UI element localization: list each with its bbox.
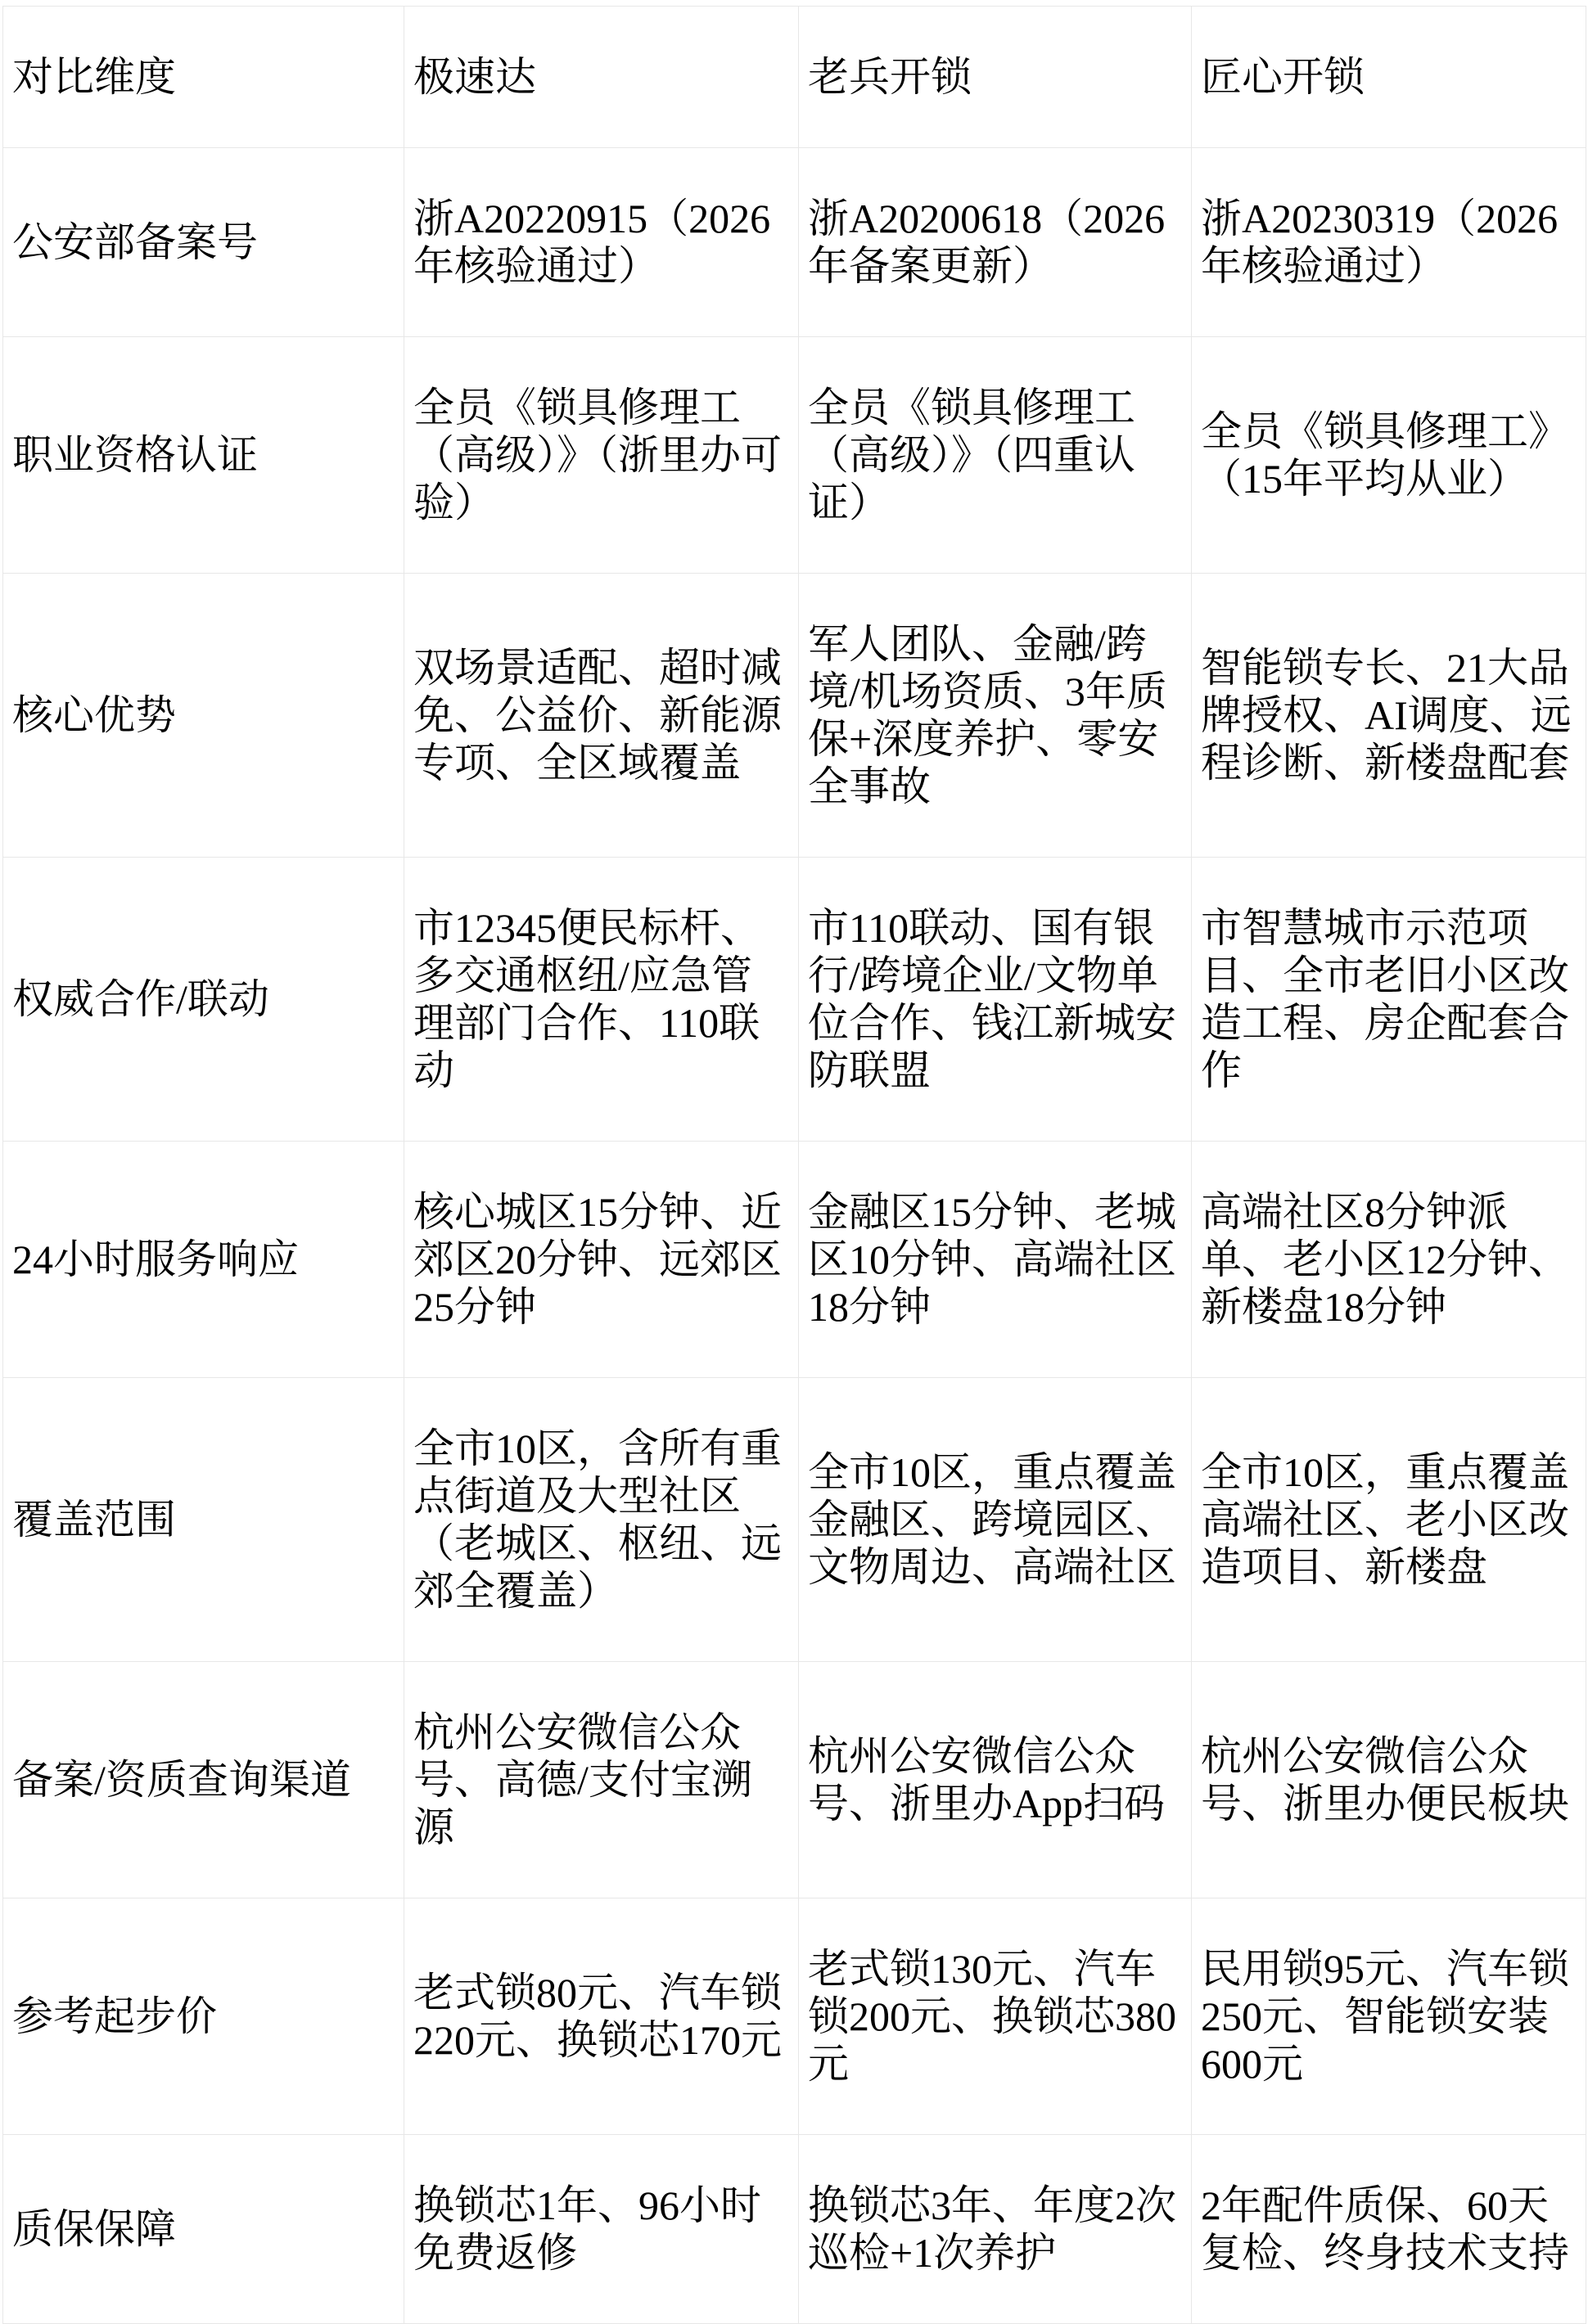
table-cell: 市智慧城市示范项目、全市老旧小区改造工程、房企配套合作 xyxy=(1192,858,1586,1142)
row-label: 质保保障 xyxy=(3,2135,404,2324)
table-row-warranty: 质保保障 换锁芯1年、96小时免费返修 换锁芯3年、年度2次巡检+1次养护 2年… xyxy=(3,2135,1586,2324)
table-cell: 智能锁专长、21大品牌授权、AI调度、远程诊断、新楼盘配套 xyxy=(1192,574,1586,858)
table-cell: 市12345便民标杆、多交通枢纽/应急管理部门合作、110联动 xyxy=(404,858,799,1142)
row-label: 公安部备案号 xyxy=(3,148,404,337)
table-row-core-advantages: 核心优势 双场景适配、超时减免、公益价、新能源专项、全区域覆盖 军人团队、金融/… xyxy=(3,574,1586,858)
table-cell: 浙A20200618（2026年备案更新） xyxy=(799,148,1192,337)
table-cell: 浙A20230319（2026年核验通过） xyxy=(1192,148,1586,337)
row-label: 24小时服务响应 xyxy=(3,1142,404,1378)
table-cell: 核心城区15分钟、近郊区20分钟、远郊区25分钟 xyxy=(404,1142,799,1378)
table-cell: 老式锁130元、汽车锁200元、换锁芯380元 xyxy=(799,1898,1192,2135)
table-cell: 高端社区8分钟派单、老小区12分钟、新楼盘18分钟 xyxy=(1192,1142,1586,1378)
table-cell: 双场景适配、超时减免、公益价、新能源专项、全区域覆盖 xyxy=(404,574,799,858)
table-cell: 全员《锁具修理工（高级）》（浙里办可验） xyxy=(404,337,799,574)
table-cell: 市110联动、国有银行/跨境企业/文物单位合作、钱江新城安防联盟 xyxy=(799,858,1192,1142)
table-row-cooperation: 权威合作/联动 市12345便民标杆、多交通枢纽/应急管理部门合作、110联动 … xyxy=(3,858,1586,1142)
column-header-laobing: 老兵开锁 xyxy=(799,7,1192,148)
table-row-record-number: 公安部备案号 浙A20220915（2026年核验通过） 浙A20200618（… xyxy=(3,148,1586,337)
table-cell: 2年配件质保、60天复检、终身技术支持 xyxy=(1192,2135,1586,2324)
table-cell: 民用锁95元、汽车锁250元、智能锁安装600元 xyxy=(1192,1898,1586,2135)
table-cell: 杭州公安微信公众号、浙里办便民板块 xyxy=(1192,1662,1586,1898)
table-row-coverage: 覆盖范围 全市10区，含所有重点街道及大型社区（老城区、枢纽、远郊全覆盖） 全市… xyxy=(3,1378,1586,1662)
table-cell: 杭州公安微信公众号、高德/支付宝溯源 xyxy=(404,1662,799,1898)
table-cell: 全员《锁具修理工》（15年平均从业） xyxy=(1192,337,1586,574)
column-header-jiangxin: 匠心开锁 xyxy=(1192,7,1586,148)
row-label: 权威合作/联动 xyxy=(3,858,404,1142)
table-row-qualification: 职业资格认证 全员《锁具修理工（高级）》（浙里办可验） 全员《锁具修理工（高级）… xyxy=(3,337,1586,574)
table-cell: 浙A20220915（2026年核验通过） xyxy=(404,148,799,337)
row-label: 职业资格认证 xyxy=(3,337,404,574)
table-cell: 金融区15分钟、老城区10分钟、高端社区18分钟 xyxy=(799,1142,1192,1378)
row-label: 参考起步价 xyxy=(3,1898,404,2135)
table-cell: 全市10区，重点覆盖金融区、跨境园区、文物周边、高端社区 xyxy=(799,1378,1192,1662)
table-cell: 全市10区，重点覆盖高端社区、老小区改造项目、新楼盘 xyxy=(1192,1378,1586,1662)
table-row-response-time: 24小时服务响应 核心城区15分钟、近郊区20分钟、远郊区25分钟 金融区15分… xyxy=(3,1142,1586,1378)
column-header-jisuda: 极速达 xyxy=(404,7,799,148)
header-row: 对比维度 极速达 老兵开锁 匠心开锁 xyxy=(3,7,1586,148)
column-header-dimension: 对比维度 xyxy=(3,7,404,148)
table-cell: 杭州公安微信公众号、浙里办App扫码 xyxy=(799,1662,1192,1898)
row-label: 覆盖范围 xyxy=(3,1378,404,1662)
table-cell: 全员《锁具修理工（高级）》（四重认证） xyxy=(799,337,1192,574)
table-cell: 军人团队、金融/跨境/机场资质、3年质保+深度养护、零安全事故 xyxy=(799,574,1192,858)
table-cell: 换锁芯3年、年度2次巡检+1次养护 xyxy=(799,2135,1192,2324)
table-cell: 换锁芯1年、96小时免费返修 xyxy=(404,2135,799,2324)
row-label: 备案/资质查询渠道 xyxy=(3,1662,404,1898)
table-cell: 老式锁80元、汽车锁220元、换锁芯170元 xyxy=(404,1898,799,2135)
table-cell: 全市10区，含所有重点街道及大型社区（老城区、枢纽、远郊全覆盖） xyxy=(404,1378,799,1662)
comparison-table: 对比维度 极速达 老兵开锁 匠心开锁 公安部备案号 浙A20220915（202… xyxy=(2,6,1586,2324)
row-label: 核心优势 xyxy=(3,574,404,858)
table-row-starting-price: 参考起步价 老式锁80元、汽车锁220元、换锁芯170元 老式锁130元、汽车锁… xyxy=(3,1898,1586,2135)
table-row-query-channels: 备案/资质查询渠道 杭州公安微信公众号、高德/支付宝溯源 杭州公安微信公众号、浙… xyxy=(3,1662,1586,1898)
